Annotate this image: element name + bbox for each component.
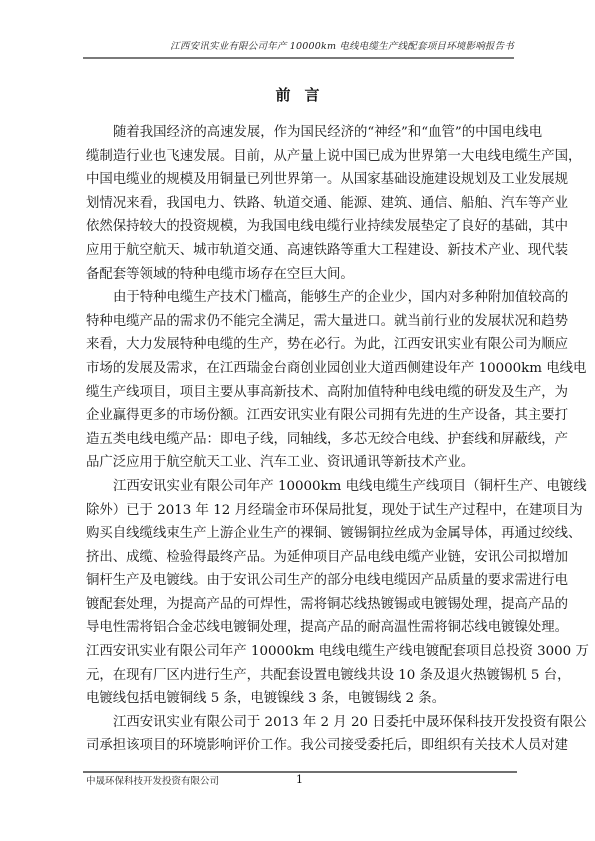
text-line: 依然保持较大的投资规模，为我国电线电缆行业持续发展垫定了良好的基础，其中 xyxy=(86,215,518,239)
text-line: 来看，大力发展特种电缆的生产，势在必行。为此，江西安讯实业有限公司为顺应 xyxy=(86,333,518,357)
text-line: 缆生产线项目，项目主要从事高新技术、高附加值特种电线电缆的研发及生产，为 xyxy=(86,381,518,405)
text-line: 缆制造行业也飞速发展。目前，从产量上说中国已成为世界第一大电线电缆生产国， xyxy=(86,145,518,169)
text-line: 镀配套处理，为提高产品的可焊性，需将铜芯线热镀锡或电镀锡处理，提高产品的 xyxy=(86,593,518,617)
text-line: 备配套等领域的特种电缆市场存在空巨大间。 xyxy=(86,263,518,287)
text-line: 司承担该项目的环境影响评价工作。我公司接受委托后，即组织有关技术人员对建 xyxy=(86,734,518,758)
body-text: 随着我国经济的高速发展，作为国民经济的“神经”和“血管”的中国电线电 缆制造行业… xyxy=(86,121,518,758)
text-line: 电镀线包括电镀铜线 5 条，电镀镍线 3 条，电镀锡线 2 条。 xyxy=(86,687,518,711)
page-title: 前言 xyxy=(0,85,595,105)
text-line: 江西安讯实业有限公司于 2013 年 2 月 20 日委托中晟环保科技开发投资有… xyxy=(86,711,518,735)
paragraph-1: 随着我国经济的高速发展，作为国民经济的“神经”和“血管”的中国电线电 缆制造行业… xyxy=(86,121,518,286)
text-line: 除外）已于 2013 年 12 月经瑞金市环保局批复，现处于试生产过程中，在建项… xyxy=(86,499,518,523)
text-line: 造五类电线电缆产品：即电子线，同轴线，多芯无绞合电线、护套线和屏蔽线，产 xyxy=(86,428,518,452)
text-line: 挤出、成缆、检验得最终产品。为延伸项目产品电线电缆产业链，安讯公司拟增加 xyxy=(86,546,518,570)
text-line: 特种电缆产品的需求仍不能完全满足，需大量进口。就当前行业的发展状况和趋势 xyxy=(86,310,518,334)
text-line: 导电性需将铝合金芯线电镀铜处理，提高产品的耐高温性需将铜芯线电镀镍处理。 xyxy=(86,616,518,640)
text-line: 划情况来看，我国电力、铁路、轨道交通、能源、建筑、通信、船舶、汽车等产业 xyxy=(86,192,518,216)
paragraph-3: 江西安讯实业有限公司年产 10000km 电线电缆生产线项目（铜杆生产、电镀线 … xyxy=(86,475,518,711)
text-line: 江西安讯实业有限公司年产 10000km 电线电缆生产线项目（铜杆生产、电镀线 xyxy=(86,475,518,499)
text-line: 由于特种电缆生产技术门槛高，能够生产的企业少，国内对多种附加值较高的 xyxy=(86,286,518,310)
document-page: 江西安讯实业有限公司年产 10000km 电线电缆生产线配套项目环境影响报告书 … xyxy=(0,0,595,841)
paragraph-4: 江西安讯实业有限公司于 2013 年 2 月 20 日委托中晟环保科技开发投资有… xyxy=(86,711,518,758)
text-line: 中国电缆业的规模及用铜量已列世界第一。从国家基础设施建设规划及工业发展规 xyxy=(86,168,518,192)
header-divider xyxy=(83,57,514,59)
text-line: 随着我国经济的高速发展，作为国民经济的“神经”和“血管”的中国电线电 xyxy=(86,121,518,145)
running-header: 江西安讯实业有限公司年产 10000km 电线电缆生产线配套项目环境影响报告书 xyxy=(83,40,514,54)
paragraph-2: 由于特种电缆生产技术门槛高，能够生产的企业少，国内对多种附加值较高的 特种电缆产… xyxy=(86,286,518,475)
page-number: 1 xyxy=(296,773,303,787)
footer-company: 中晟环保科技开发投资有限公司 xyxy=(86,775,219,789)
text-line: 应用于航空航天、城市轨道交通、高速铁路等重大工程建设、新技术产业、现代装 xyxy=(86,239,518,263)
text-line: 元，在现有厂区内进行生产，共配套设置电镀线共设 10 条及退火热镀锡机 5 台， xyxy=(86,664,518,688)
text-line: 购买自线缆线束生产上游企业生产的裸铜、镀锡铜拉丝成为金属导体，再通过绞线、 xyxy=(86,522,518,546)
text-line: 市场的发展及需求，在江西瑞金台商创业园创业大道西侧建设年产 10000km 电线… xyxy=(86,357,518,381)
text-line: 企业赢得更多的市场份额。江西安讯实业有限公司拥有先进的生产设备，其主要打 xyxy=(86,404,518,428)
text-line: 江西安讯实业有限公司年产 10000km 电线电缆生产线电镀配套项目总投资 30… xyxy=(86,640,518,664)
text-line: 铜杆生产及电镀线。由于安讯公司生产的部分电线电缆因产品质量的要求需进行电 xyxy=(86,569,518,593)
text-line: 品广泛应用于航空航天工业、汽车工业、资讯通讯等新技术产业。 xyxy=(86,451,518,475)
